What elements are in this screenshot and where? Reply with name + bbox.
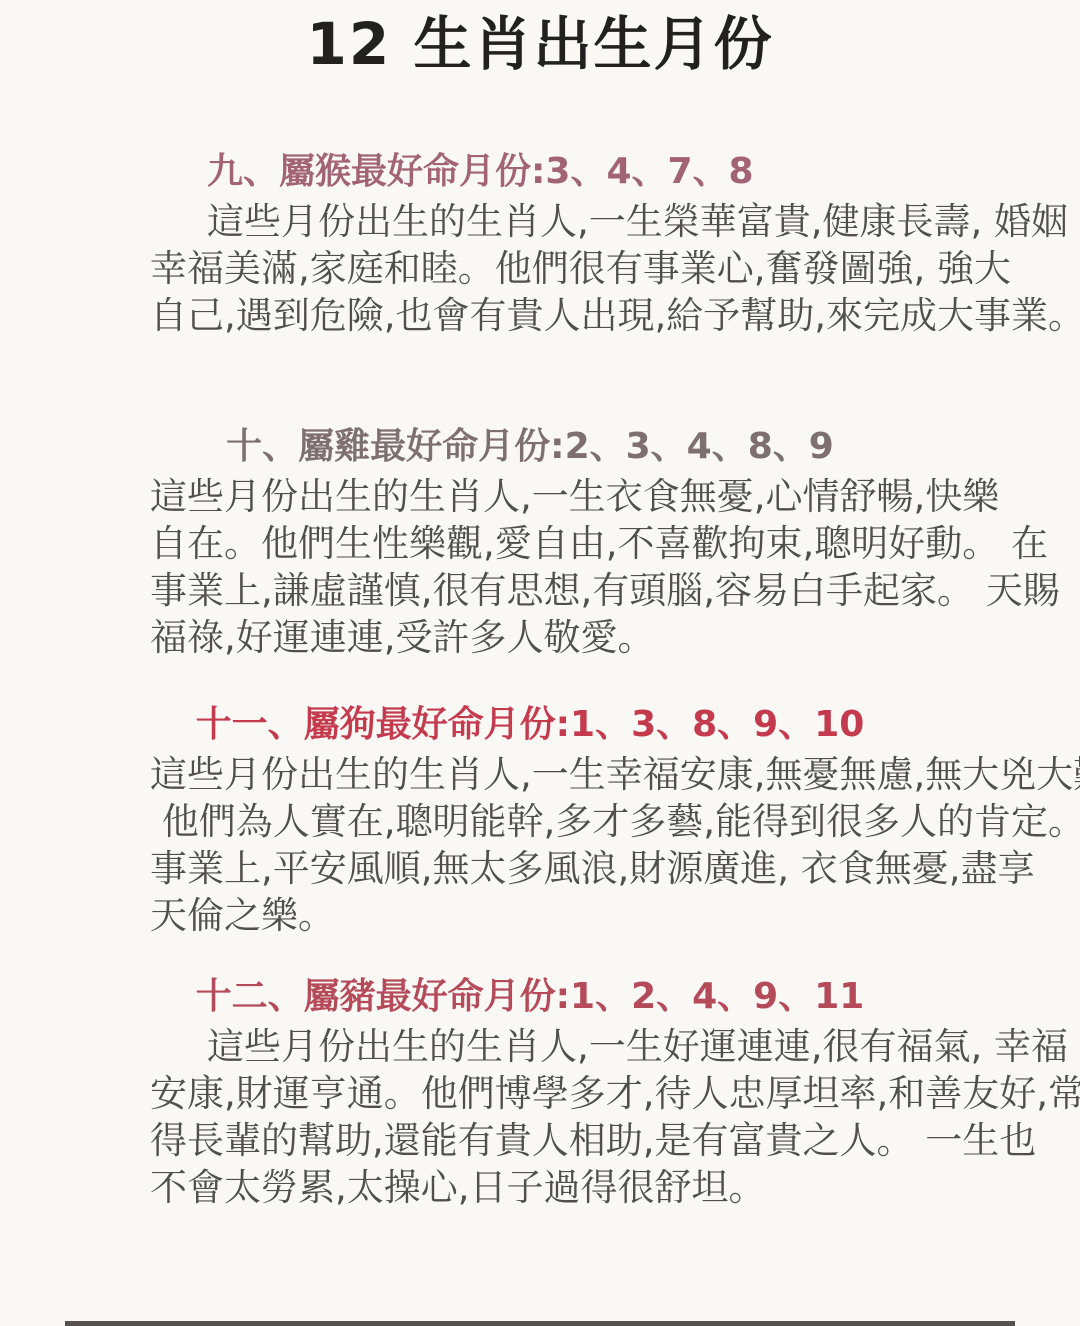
- body-line: 事業上,平安風順,無太多風浪,財源廣進, 衣食無憂,盡享: [150, 845, 910, 892]
- section-pig: 十二、屬豬最好命月份:1、2、4、9、11 這些月份出生的生肖人,一生好運連連,…: [150, 971, 910, 1211]
- body-line: 天倫之樂。: [150, 892, 910, 939]
- section-pig-heading: 十二、屬豬最好命月份:1、2、4、9、11: [150, 971, 910, 1023]
- body-line: 安康,財運亨通。他們博學多才,待人忠厚坦率,和善友好,常: [150, 1070, 910, 1117]
- section-dog-heading: 十一、屬狗最好命月份:1、3、8、9、10: [150, 699, 910, 751]
- zodiac-months-page: 12 生肖出生月份 九、屬猴最好命月份:3、4、7、8 這些月份出生的生肖人,一…: [0, 0, 1080, 1326]
- body-line: 幸福美滿,家庭和睦。他們很有事業心,奮發圖強, 強大: [150, 245, 910, 292]
- bottom-divider: [65, 1321, 1015, 1326]
- section-rooster-body: 這些月份出生的生肖人,一生衣食無憂,心情舒暢,快樂 自在。他們生性樂觀,愛自由,…: [150, 473, 910, 661]
- body-line: 這些月份出生的生肖人,一生衣食無憂,心情舒暢,快樂: [150, 473, 910, 520]
- page-title: 12 生肖出生月份: [0, 2, 1080, 86]
- section-monkey-body: 這些月份出生的生肖人,一生榮華富貴,健康長壽, 婚姻 幸福美滿,家庭和睦。他們很…: [150, 198, 910, 339]
- body-line: 福祿,好運連連,受許多人敬愛。: [150, 614, 910, 661]
- body-line: 這些月份出生的生肖人,一生好運連連,很有福氣, 幸福: [150, 1023, 910, 1070]
- section-monkey-heading: 九、屬猴最好命月份:3、4、7、8: [150, 146, 910, 198]
- section-rooster-heading: 十、屬雞最好命月份:2、3、4、8、9: [150, 421, 910, 473]
- body-line: 得長輩的幫助,還能有貴人相助,是有富貴之人。 一生也: [150, 1117, 910, 1164]
- body-line: 自己,遇到危險,也會有貴人出現,給予幫助,來完成大事業。: [150, 292, 910, 339]
- body-line: 這些月份出生的生肖人,一生榮華富貴,健康長壽, 婚姻: [150, 198, 910, 245]
- section-pig-body: 這些月份出生的生肖人,一生好運連連,很有福氣, 幸福 安康,財運亨通。他們博學多…: [150, 1023, 910, 1211]
- body-line: 不會太勞累,太操心,日子過得很舒坦。: [150, 1164, 910, 1211]
- section-dog: 十一、屬狗最好命月份:1、3、8、9、10 這些月份出生的生肖人,一生幸福安康,…: [150, 699, 910, 939]
- section-rooster: 十、屬雞最好命月份:2、3、4、8、9 這些月份出生的生肖人,一生衣食無憂,心情…: [150, 421, 910, 661]
- body-line: 這些月份出生的生肖人,一生幸福安康,無憂無慮,無大兇大難。: [150, 751, 910, 798]
- body-line: 自在。他們生性樂觀,愛自由,不喜歡拘束,聰明好動。 在: [150, 520, 910, 567]
- body-line: 他們為人實在,聰明能幹,多才多藝,能得到很多人的肯定。在: [150, 798, 910, 845]
- body-line: 事業上,謙虛謹慎,很有思想,有頭腦,容易白手起家。 天賜: [150, 567, 910, 614]
- section-dog-body: 這些月份出生的生肖人,一生幸福安康,無憂無慮,無大兇大難。 他們為人實在,聰明能…: [150, 751, 910, 939]
- section-monkey: 九、屬猴最好命月份:3、4、7、8 這些月份出生的生肖人,一生榮華富貴,健康長壽…: [150, 146, 910, 339]
